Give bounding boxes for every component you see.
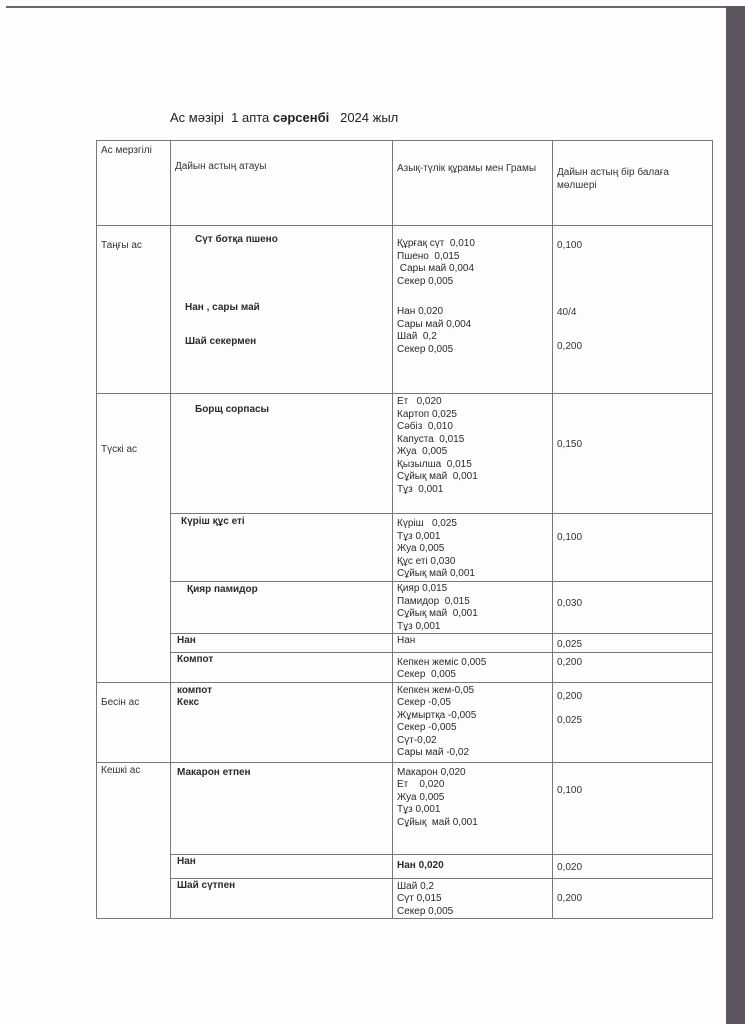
table-row-breakfast: Таңғы ас Сүт ботқа пшено Нан , сары май … [97, 226, 713, 394]
ingredient-item: Нан [397, 635, 548, 648]
table-row-lunch-rice: Күріш құс еті Күріш 0,025Тұз 0,001Жуа 0,… [97, 514, 713, 582]
dish-name: компот [177, 685, 388, 698]
ingredient-item: Секер 0,005 [397, 344, 548, 357]
table-row-dinner-macaroni: Кешкі ас Макарон етпен Макарон 0,020Ет 0… [97, 762, 713, 854]
dish-cell: Қияр памидор [171, 582, 393, 634]
dish-name: Нан [177, 856, 388, 869]
ingredient-item: Тұз 0,001 [397, 621, 548, 634]
ingredient-list: Күріш 0,025Тұз 0,001Жуа 0,005Құс еті 0,0… [397, 518, 548, 581]
ingredient-item: Шай 0,2 [397, 331, 548, 344]
dish-name: Күріш құс еті [181, 516, 388, 529]
ingredient-item: Жуа 0,005 [397, 446, 548, 459]
ingredient-item: Секер -0,005 [397, 722, 548, 735]
ingredient-item: Картоп 0,025 [397, 409, 548, 422]
ingredient-item: Капуста 0,015 [397, 434, 548, 447]
ingredients-cell: Макарон 0,020Ет 0,020Жуа 0,005Тұз 0,001С… [393, 762, 553, 854]
ingredient-list: Нан 0,020Сары май 0,004 [397, 306, 548, 331]
ingredients-cell: Күріш 0,025Тұз 0,001Жуа 0,005Құс еті 0,0… [393, 514, 553, 582]
ingredient-item: Секер -0,05 [397, 697, 548, 710]
ingredients-cell: Нан [393, 634, 553, 653]
portion-cell: 0,020 [553, 854, 713, 878]
portion-cell: 0,150 [553, 394, 713, 514]
period-snack: Бесін ас [97, 682, 171, 762]
table-row-lunch-bread: Нан Нан 0,025 [97, 634, 713, 653]
ingredient-item: Памидор 0,015 [397, 596, 548, 609]
portion-cell: 0,200 [553, 878, 713, 919]
title-year: 2024 жыл [329, 110, 398, 125]
dish-name: Шай секермен [185, 336, 388, 349]
ingredient-item: Сары май -0,02 [397, 747, 548, 760]
ingredient-item: Сәбіз 0,010 [397, 421, 548, 434]
ingredient-list: Кепкен жем-0,05Секер -0,05Жұмыртқа -0,00… [397, 685, 548, 760]
snack-dishes: компот Кекс [171, 682, 393, 762]
dish-cell: Күріш құс еті [171, 514, 393, 582]
ingredients-cell: Шай 0,2Сүт 0,015Секер 0,005 [393, 878, 553, 919]
dish-cell: Шай сүтпен [171, 878, 393, 919]
period-dinner: Кешкі ас [97, 762, 171, 919]
ingredient-list: Шай 0,2Секер 0,005 [397, 331, 548, 356]
dish-cell: Компот [171, 652, 393, 682]
ingredient-item: Шай 0,2 [397, 881, 548, 894]
dish-cell: Нан [171, 634, 393, 653]
ingredient-item: Сұйық май 0,001 [397, 471, 548, 484]
dish-name: Нан [177, 635, 388, 648]
dish-name: Нан , сары май [185, 302, 388, 315]
portion-value: 0,025 [557, 715, 708, 728]
title-day: сәрсенбі [273, 110, 329, 125]
ingredient-item: Жуа 0,005 [397, 792, 548, 805]
ingredient-item: Кепкен жеміс 0,005 [397, 657, 548, 670]
ingredient-list: Нан 0,020 [397, 860, 548, 873]
header-ingredients: Азық-түлік құрамы мен Грамы [393, 141, 553, 226]
ingredient-item: Күріш 0,025 [397, 518, 548, 531]
dish-name: Борщ сорпасы [195, 404, 388, 417]
portion-value: 0,200 [557, 341, 708, 354]
table-row-lunch-borsch: Түскі ас Борщ сорпасы Ет 0,020Картоп 0,0… [97, 394, 713, 514]
ingredient-item: Сұйық май 0,001 [397, 568, 548, 581]
ingredient-item: Ет 0,020 [397, 779, 548, 792]
menu-table: Ас мерзгілі Дайын астың атауы Азық-түлік… [96, 140, 713, 919]
portion-cell: 0,025 [553, 634, 713, 653]
table-row-dinner-tea: Шай сүтпен Шай 0,2Сүт 0,015Секер 0,005 0… [97, 878, 713, 919]
ingredient-item: Секер 0,005 [397, 276, 548, 289]
ingredient-item: Сүт-0,02 [397, 735, 548, 748]
ingredient-item: Жұмыртқа -0,005 [397, 710, 548, 723]
ingredient-list: Ет 0,020Картоп 0,025Сәбіз 0,010Капуста 0… [397, 396, 548, 496]
ingredient-item: Нан 0,020 [397, 306, 548, 319]
dish-name: Шай сүтпен [177, 880, 388, 893]
portion-cell: 0,100 [553, 514, 713, 582]
ingredient-item: Кепкен жем-0,05 [397, 685, 548, 698]
ingredient-list: Құрғақ сүт 0,010Пшено 0,015 Сары май 0,0… [397, 238, 548, 288]
table-row-lunch-compote: Компот Кепкен жеміс 0,005Секер 0,005 0,2… [97, 652, 713, 682]
ingredients-cell: Кепкен жеміс 0,005Секер 0,005 [393, 652, 553, 682]
ingredients-cell: Қияр 0,015Памидор 0,015Сұйық май 0,001Тұ… [393, 582, 553, 634]
table-row-dinner-bread: Нан Нан 0,020 0,020 [97, 854, 713, 878]
dish-name: Сүт ботқа пшено [195, 234, 388, 247]
portion-cell: 0,030 [553, 582, 713, 634]
ingredient-item: Тұз 0,001 [397, 484, 548, 497]
breakfast-ingredients: Құрғақ сүт 0,010Пшено 0,015 Сары май 0,0… [393, 226, 553, 394]
breakfast-portions: 0,100 40/4 0,200 [553, 226, 713, 394]
breakfast-dishes: Сүт ботқа пшено Нан , сары май Шай секер… [171, 226, 393, 394]
ingredient-item: Қияр 0,015 [397, 583, 548, 596]
ingredients-cell: Кепкен жем-0,05Секер -0,05Жұмыртқа -0,00… [393, 682, 553, 762]
ingredient-item: Нан 0,020 [397, 860, 548, 873]
page-title: Ас мәзірі 1 апта сәрсенбі 2024 жыл [170, 110, 398, 125]
ingredient-list: Қияр 0,015Памидор 0,015Сұйық май 0,001Тұ… [397, 583, 548, 633]
table-row-snack: Бесін ас компот Кекс Кепкен жем-0,05Секе… [97, 682, 713, 762]
ingredient-list: Макарон 0,020Ет 0,020Жуа 0,005Тұз 0,001С… [397, 767, 548, 830]
dish-name: Қияр памидор [187, 584, 388, 597]
portion-cell: 0,200 [553, 652, 713, 682]
dish-cell: Нан [171, 854, 393, 878]
period-breakfast: Таңғы ас [97, 226, 171, 394]
scan-right-edge [726, 6, 745, 1024]
ingredient-item: Құс еті 0,030 [397, 556, 548, 569]
table-row-lunch-salad: Қияр памидор Қияр 0,015Памидор 0,015Сұйы… [97, 582, 713, 634]
table-header-row: Ас мерзгілі Дайын астың атауы Азық-түлік… [97, 141, 713, 226]
ingredient-item: Құрғақ сүт 0,010 [397, 238, 548, 251]
ingredient-item: Тұз 0,001 [397, 531, 548, 544]
ingredient-list: Нан [397, 635, 548, 648]
scan-top-edge [6, 6, 726, 8]
dish-name: Макарон етпен [177, 767, 388, 780]
ingredients-cell: Нан 0,020 [393, 854, 553, 878]
ingredient-item: Жуа 0,005 [397, 543, 548, 556]
ingredient-item: Секер 0,005 [397, 906, 548, 919]
ingredient-item: Сұйық май 0,001 [397, 817, 548, 830]
dish-cell: Макарон етпен [171, 762, 393, 854]
header-portion: Дайын астың бір балаға мөлшері [553, 141, 713, 226]
dish-name: Кекс [177, 697, 388, 710]
ingredient-item: Ет 0,020 [397, 396, 548, 409]
dish-name: Компот [177, 654, 388, 667]
ingredient-item: Қызылша 0,015 [397, 459, 548, 472]
ingredient-list: Кепкен жеміс 0,005Секер 0,005 [397, 657, 548, 682]
ingredient-item: Тұз 0,001 [397, 804, 548, 817]
header-period: Ас мерзгілі [97, 141, 171, 226]
snack-portions: 0,200 0,025 [553, 682, 713, 762]
ingredient-list: Шай 0,2Сүт 0,015Секер 0,005 [397, 881, 548, 919]
portion-value: 0,200 [557, 691, 708, 704]
ingredient-item: Пшено 0,015 [397, 251, 548, 264]
ingredients-cell: Ет 0,020Картоп 0,025Сәбіз 0,010Капуста 0… [393, 394, 553, 514]
portion-cell: 0,100 [553, 762, 713, 854]
portion-value: 40/4 [557, 307, 708, 320]
dish-cell: Борщ сорпасы [171, 394, 393, 514]
ingredient-item: Сары май 0,004 [397, 263, 548, 276]
period-lunch: Түскі ас [97, 394, 171, 683]
header-dish: Дайын астың атауы [171, 141, 393, 226]
portion-value: 0,100 [557, 240, 708, 253]
ingredient-item: Сүт 0,015 [397, 893, 548, 906]
ingredient-item: Секер 0,005 [397, 669, 548, 682]
ingredient-item: Сұйық май 0,001 [397, 608, 548, 621]
ingredient-item: Сары май 0,004 [397, 319, 548, 332]
title-prefix: Ас мәзірі 1 апта [170, 110, 273, 125]
ingredient-item: Макарон 0,020 [397, 767, 548, 780]
